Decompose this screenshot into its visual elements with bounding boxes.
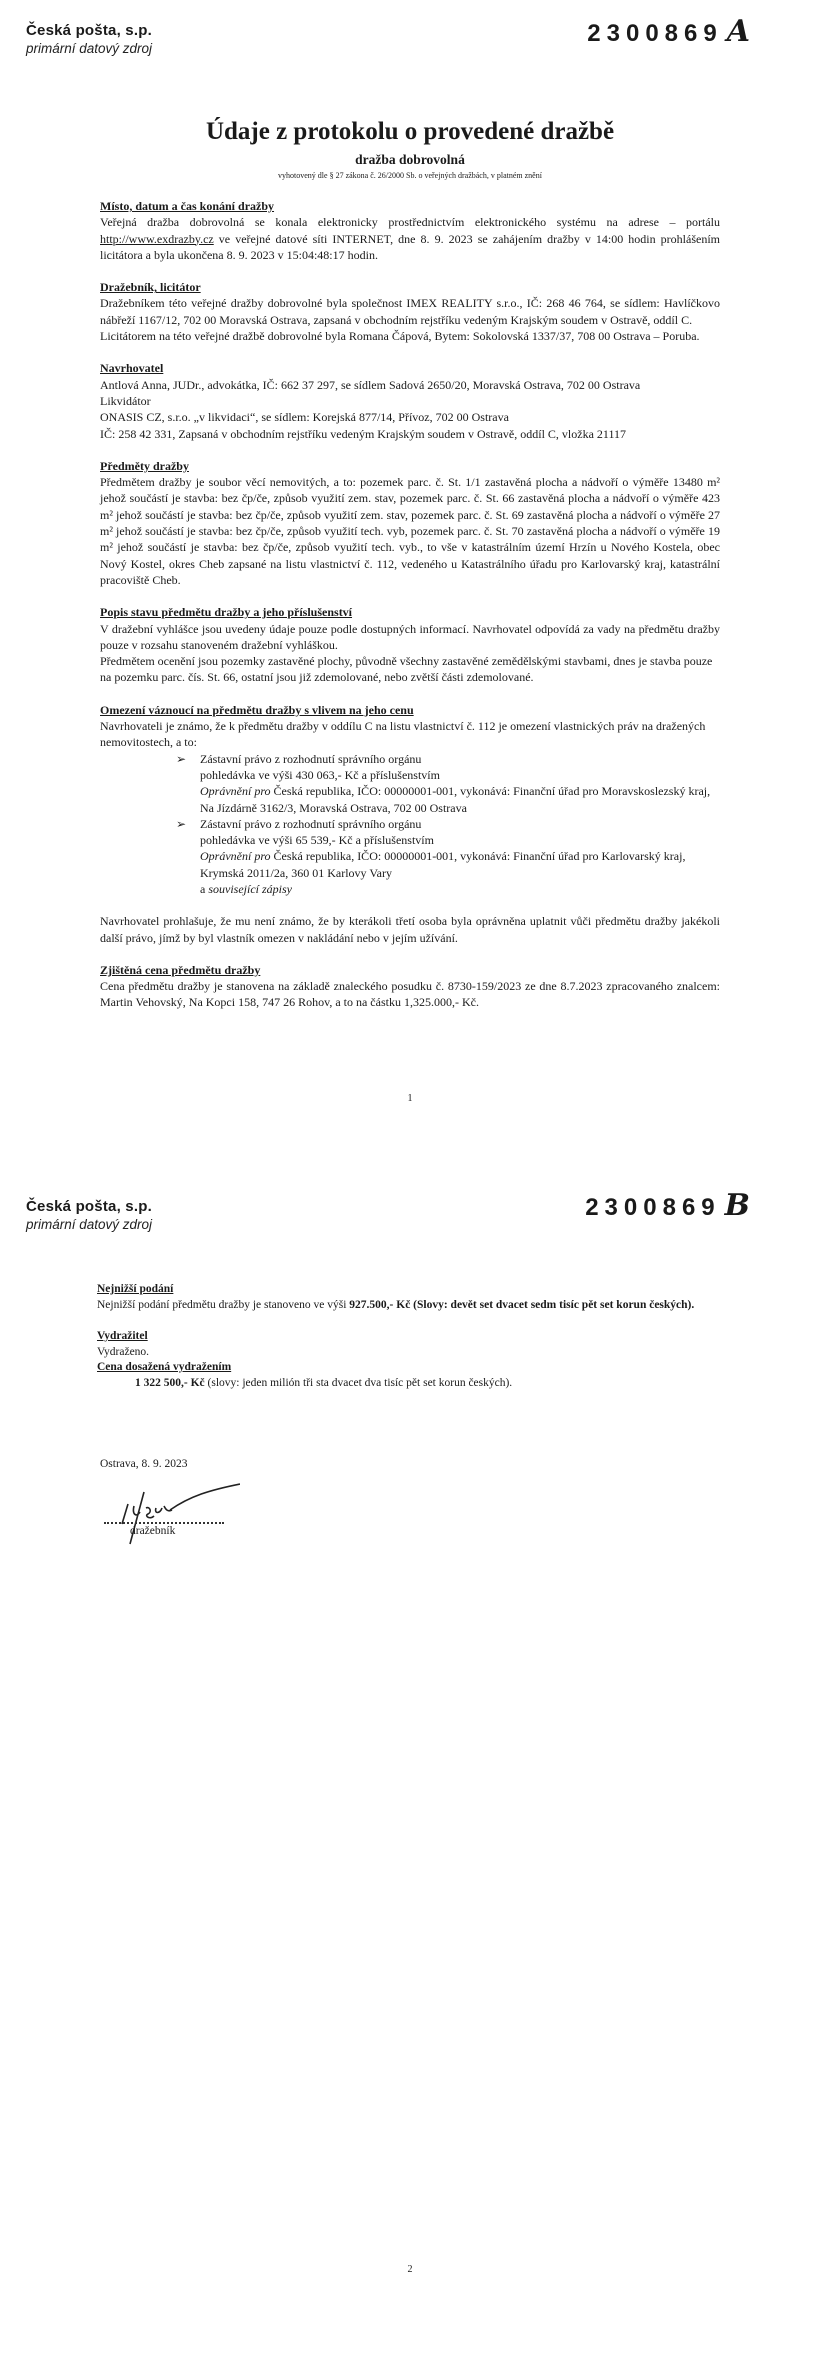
section-heading: Navrhovatel	[100, 360, 720, 376]
section-heading: Zjištěná cena předmětu dražby	[100, 962, 720, 978]
section-text: V dražební vyhlášce jsou uvedeny údaje p…	[100, 621, 720, 654]
proposer-line: Antlová Anna, JUDr., advokátka, IČ: 662 …	[100, 377, 720, 393]
document-legal-note: vyhotovený dle § 27 zákona č. 26/2000 Sb…	[0, 171, 820, 180]
section-text: Dražebníkem této veřejné dražby dobrovol…	[100, 295, 720, 328]
section-text: Navrhovateli je známo, že k předmětu dra…	[100, 718, 720, 751]
section-text: Nejnižší podání předmětu dražby je stano…	[97, 1298, 717, 1314]
section-condition: Popis stavu předmětu dražby a jeho přísl…	[100, 604, 720, 685]
document-number: 2300869B	[585, 1188, 750, 1223]
section-lowest-bid: Nejnižší podání Nejnižší podání předmětu…	[97, 1282, 717, 1313]
page-2-content: Nejnižší podání Nejnižší podání předmětu…	[97, 1282, 717, 1391]
place-date: Ostrava, 8. 9. 2023	[100, 1458, 188, 1470]
stamp-org: Česká pošta, s.p.	[26, 1198, 152, 1215]
exdrazby-link[interactable]: http://www.exdrazby.cz	[100, 232, 214, 246]
stamp-source: primární datový zdroj	[26, 41, 152, 56]
section-price: Zjištěná cena předmětu dražby Cena předm…	[100, 962, 720, 1011]
section-proposer: Navrhovatel Antlová Anna, JUDr., advokát…	[100, 360, 720, 441]
section-heading: Nejnižší podání	[97, 1282, 717, 1298]
postal-stamp: Česká pošta, s.p. primární datový zdroj	[26, 22, 152, 56]
section-text: Veřejná dražba dobrovolná se konala elek…	[100, 214, 720, 263]
section-text: Cena předmětu dražby je stanovena na zák…	[100, 978, 720, 1011]
proposer-line: IČ: 258 42 331, Zapsaná v obchodním rejs…	[100, 426, 720, 442]
postal-stamp: Česká pošta, s.p. primární datový zdroj	[26, 1198, 152, 1232]
section-heading: Vydražitel	[97, 1329, 717, 1345]
page-number: 2	[0, 2264, 820, 2275]
section-text: Licitátorem na této veřejné dražbě dobro…	[100, 328, 720, 344]
document-letter: B	[725, 1188, 750, 1223]
section-encumbrances: Omezení váznoucí na předmětu dražby s vl…	[100, 702, 720, 946]
signature-line	[104, 1522, 224, 1524]
page-1: Česká pošta, s.p. primární datový zdroj …	[0, 0, 820, 1170]
section-subject: Předměty dražby Předmětem dražby je soub…	[100, 458, 720, 588]
section-text: Předmětem ocenění jsou pozemky zastavěné…	[100, 653, 720, 686]
proposer-line: Likvidátor	[100, 393, 720, 409]
document-title: Údaje z protokolu o provedené dražbě	[0, 118, 820, 146]
section-heading: Popis stavu předmětu dražby a jeho přísl…	[100, 604, 720, 620]
page-2: Česká pošta, s.p. primární datový zdroj …	[0, 1170, 820, 2353]
section-heading: Předměty dražby	[100, 458, 720, 474]
section-text: Předmětem dražby je soubor věcí nemovitý…	[100, 474, 720, 588]
section-heading: Cena dosažená vydražením	[97, 1360, 717, 1376]
arrow-bullet-icon: ➢	[176, 751, 186, 767]
proposer-declaration: Navrhovatel prohlašuje, že mu není známo…	[100, 913, 720, 946]
document-letter: A	[727, 14, 750, 49]
encumbrance-item: ➢ Zástavní právo z rozhodnutí správního …	[200, 751, 720, 816]
stamp-org: Česká pošta, s.p.	[26, 22, 152, 39]
document-number-digits: 2300869	[585, 1194, 720, 1221]
section-final-price: Cena dosažená vydražením 1 322 500,- Kč …	[97, 1360, 717, 1391]
encumbrance-list: ➢ Zástavní právo z rozhodnutí správního …	[100, 751, 720, 898]
section-heading: Místo, datum a čas konání dražby	[100, 198, 720, 214]
document-number: 2300869A	[587, 14, 750, 49]
section-text: Vydraženo.	[97, 1345, 717, 1361]
section-heading: Dražebník, licitátor	[100, 279, 720, 295]
encumbrance-item: ➢ Zástavní právo z rozhodnutí správního …	[200, 816, 720, 897]
section-heading: Omezení váznoucí na předmětu dražby s vl…	[100, 702, 720, 718]
section-winner: Vydražitel Vydraženo.	[97, 1329, 717, 1360]
section-text: 1 322 500,- Kč (slovy: jeden milión tři …	[97, 1376, 717, 1392]
section-place: Místo, datum a čas konání dražby Veřejná…	[100, 198, 720, 263]
stamp-source: primární datový zdroj	[26, 1217, 152, 1232]
proposer-line: ONASIS CZ, s.r.o. „v likvidaci“, se sídl…	[100, 409, 720, 425]
arrow-bullet-icon: ➢	[176, 816, 186, 832]
signature-icon	[100, 1482, 240, 1552]
final-price-amount: 1 322 500,- Kč	[135, 1377, 205, 1389]
signature-label: dražebník	[130, 1525, 175, 1537]
section-auctioneer: Dražebník, licitátor Dražebníkem této ve…	[100, 279, 720, 344]
page-1-content: Místo, datum a čas konání dražby Veřejná…	[100, 198, 720, 1027]
page-number: 1	[0, 1093, 820, 1104]
document-subtitle: dražba dobrovolná	[0, 152, 820, 168]
document-number-digits: 2300869	[587, 20, 722, 47]
